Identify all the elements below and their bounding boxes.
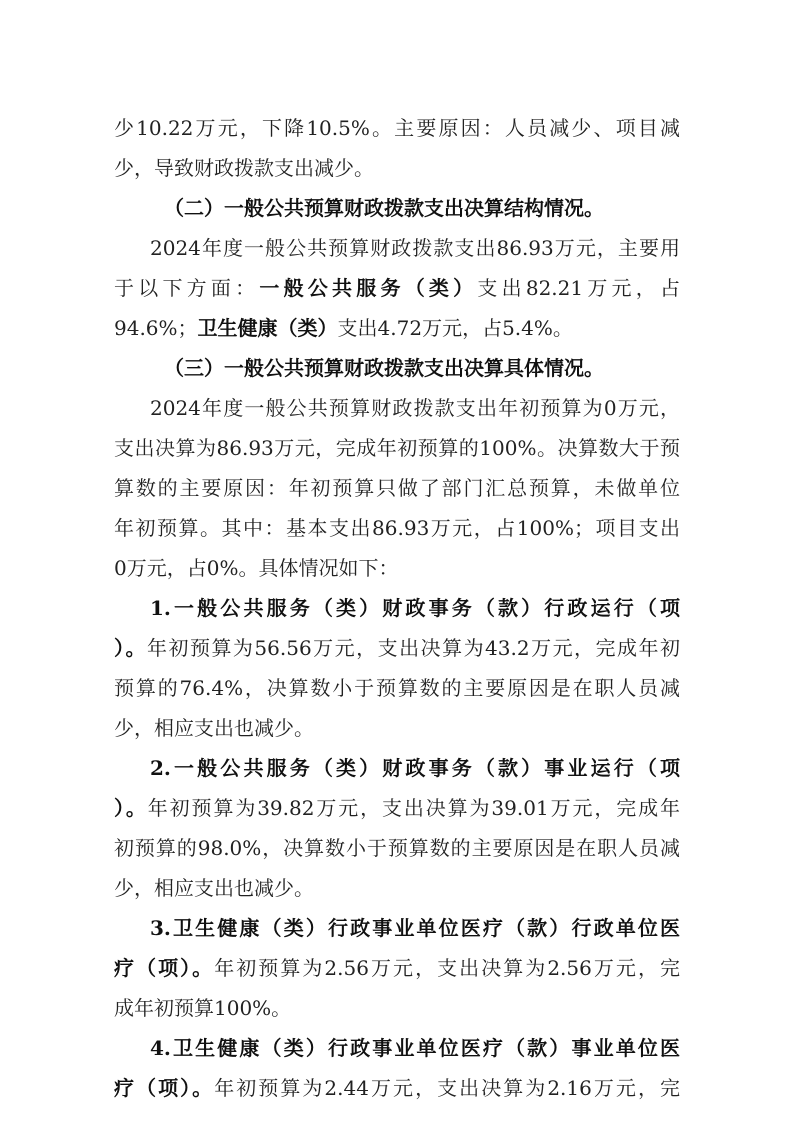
text-run: 少10.22万元，下降10.5%。主要原因：人员减少、项目减 [114, 116, 680, 140]
bold-run: 一般公共服务（类） [259, 276, 477, 300]
heading-text: （二）一般公共预算财政拨款支出决算结构情况。 [114, 188, 680, 228]
paragraph: 2024年度一般公共预算财政拨款支出86.93万元，主要用于以下方面：一般公共服… [114, 228, 680, 348]
bold-run: 1.一般公共服务（类）财政事务（款）行政运行（项 [150, 596, 680, 620]
paragraph: 1.一般公共服务（类）财政事务（款）行政运行（项）。年初预算为56.56万元，支… [114, 588, 680, 748]
text-line: 0万元，占0%。具体情况如下： [114, 548, 680, 588]
text-run: 年初预算。其中：基本支出86.93万元，占100%；项目支出 [114, 516, 680, 540]
text-line: 3.卫生健康（类）行政事业单位医疗（款）行政单位医 [114, 908, 680, 948]
text-line: 预算的76.4%，决算数小于预算数的主要原因是在职人员减 [114, 668, 680, 708]
text-line: 年初预算。其中：基本支出86.93万元，占100%；项目支出 [114, 508, 680, 548]
bold-run: 4.卫生健康（类）行政事业单位医疗（款）事业单位医 [150, 1036, 680, 1060]
text-line: 1.一般公共服务（类）财政事务（款）行政运行（项 [114, 588, 680, 628]
text-run: 少，相应支出也减少。 [114, 876, 314, 900]
text-line: ）。年初预算为56.56万元，支出决算为43.2万元，完成年初 [114, 628, 680, 668]
text-run: 2024年度一般公共预算财政拨款支出年初预算为0万元， [150, 396, 680, 420]
bold-run: 疗（项）。 [114, 956, 214, 980]
bold-run: 2.一般公共服务（类）财政事务（款）事业运行（项 [150, 756, 680, 780]
text-run: 支出4.72万元，占5.4%。 [338, 316, 573, 340]
text-run: 支出82.21万元，占 [477, 276, 680, 300]
text-line: 94.6%；卫生健康（类）支出4.72万元，占5.4%。 [114, 308, 680, 348]
text-line: 算数的主要原因：年初预算只做了部门汇总预算，未做单位 [114, 468, 680, 508]
paragraph: 3.卫生健康（类）行政事业单位医疗（款）行政单位医疗（项）。年初预算为2.56万… [114, 908, 680, 1028]
text-line: 于以下方面：一般公共服务（类）支出82.21万元，占 [114, 268, 680, 308]
paragraph: 2.一般公共服务（类）财政事务（款）事业运行（项）。年初预算为39.82万元，支… [114, 748, 680, 908]
paragraph: 少10.22万元，下降10.5%。主要原因：人员减少、项目减少，导致财政拨款支出… [114, 108, 680, 188]
text-run: 0万元，占0%。具体情况如下： [114, 556, 398, 580]
text-line: 4.卫生健康（类）行政事业单位医疗（款）事业单位医 [114, 1028, 680, 1068]
paragraph: 4.卫生健康（类）行政事业单位医疗（款）事业单位医疗（项）。年初预算为2.44万… [114, 1028, 680, 1108]
text-run: 2024年度一般公共预算财政拨款支出86.93万元，主要用 [150, 236, 680, 260]
text-line: 2.一般公共服务（类）财政事务（款）事业运行（项 [114, 748, 680, 788]
heading-text: （三）一般公共预算财政拨款支出决算具体情况。 [114, 348, 680, 388]
text-run: 年初预算为56.56万元，支出决算为43.2万元，完成年初 [147, 636, 680, 660]
text-line: 2024年度一般公共预算财政拨款支出年初预算为0万元， [114, 388, 680, 428]
text-line: ）。年初预算为39.82万元，支出决算为39.01万元，完成年 [114, 788, 680, 828]
text-run: 年初预算为39.82万元，支出决算为39.01万元，完成年 [148, 796, 680, 820]
text-line: 支出决算为86.93万元，完成年初预算的100%。决算数大于预 [114, 428, 680, 468]
text-run: 年初预算为2.56万元，支出决算为2.56万元，完 [214, 956, 680, 980]
bold-run: 3.卫生健康（类）行政事业单位医疗（款）行政单位医 [150, 916, 680, 940]
text-run: 于以下方面： [114, 276, 259, 300]
text-run: 少，导致财政拨款支出减少。 [114, 156, 374, 180]
text-line: 疗（项）。年初预算为2.44万元，支出决算为2.16万元，完 [114, 1068, 680, 1108]
bold-run: 疗（项）。 [114, 1076, 214, 1100]
bold-run: 卫生健康（类） [198, 316, 338, 340]
bold-run: ）。 [114, 636, 147, 660]
text-run: 成年初预算100%。 [114, 996, 291, 1020]
text-run: 算数的主要原因：年初预算只做了部门汇总预算，未做单位 [114, 476, 680, 500]
section-heading: （二）一般公共预算财政拨款支出决算结构情况。 [114, 188, 680, 228]
text-line: 少10.22万元，下降10.5%。主要原因：人员减少、项目减 [114, 108, 680, 148]
text-run: 年初预算为2.44万元，支出决算为2.16万元，完 [214, 1076, 680, 1100]
text-line: 疗（项）。年初预算为2.56万元，支出决算为2.56万元，完 [114, 948, 680, 988]
text-line: 少，相应支出也减少。 [114, 868, 680, 908]
text-line: 成年初预算100%。 [114, 988, 680, 1028]
text-run: 预算的76.4%，决算数小于预算数的主要原因是在职人员减 [114, 676, 680, 700]
text-line: 少，导致财政拨款支出减少。 [114, 148, 680, 188]
document-page: 少10.22万元，下降10.5%。主要原因：人员减少、项目减少，导致财政拨款支出… [114, 108, 680, 1108]
text-run: 少，相应支出也减少。 [114, 716, 314, 740]
text-run: 94.6%； [114, 316, 198, 340]
text-line: 初预算的98.0%，决算数小于预算数的主要原因是在职人员减 [114, 828, 680, 868]
text-run: 初预算的98.0%，决算数小于预算数的主要原因是在职人员减 [114, 836, 680, 860]
text-line: 少，相应支出也减少。 [114, 708, 680, 748]
bold-run: ）。 [114, 796, 148, 820]
text-line: 2024年度一般公共预算财政拨款支出86.93万元，主要用 [114, 228, 680, 268]
paragraph: 2024年度一般公共预算财政拨款支出年初预算为0万元，支出决算为86.93万元，… [114, 388, 680, 588]
text-run: 支出决算为86.93万元，完成年初预算的100%。决算数大于预 [114, 436, 680, 460]
section-heading: （三）一般公共预算财政拨款支出决算具体情况。 [114, 348, 680, 388]
